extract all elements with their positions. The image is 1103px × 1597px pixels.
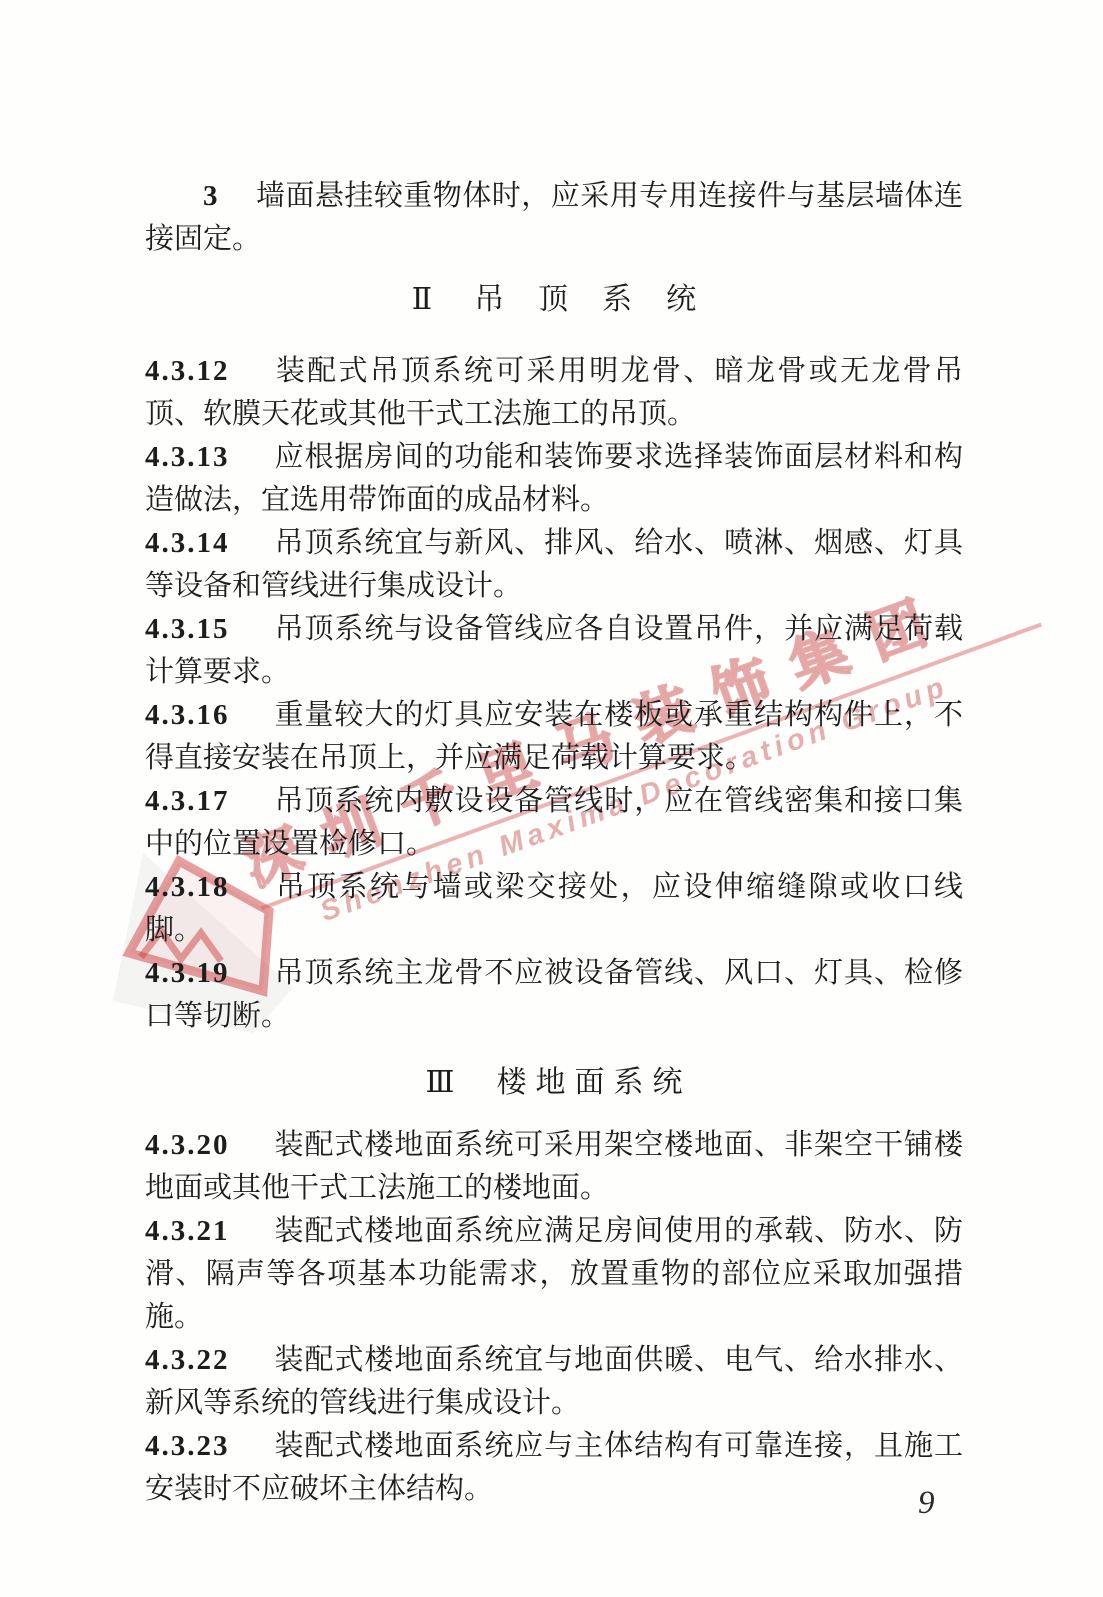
clause-text: 装配式楼地面系统可采用架空楼地面、非架空干铺楼地面或其他干式工法施工的楼地面。 — [145, 1129, 963, 1204]
clause-4-3-20: 4.3.20装配式楼地面系统可采用架空楼地面、非架空干铺楼地面或其他干式工法施工… — [145, 1124, 963, 1210]
clause-4-3-13: 4.3.13应根据房间的功能和装饰要求选择装饰面层材料和构造做法，宜选用带饰面的… — [145, 436, 963, 522]
list-item-number: 3 — [203, 180, 220, 212]
section-title: 楼地面系统 — [496, 1066, 691, 1099]
clause-number: 4.3.12 — [145, 355, 230, 387]
document-page: 深圳千里马装饰集团 Shenzhen Maxima Decoration Gro… — [0, 0, 1103, 1597]
clause-text: 重量较大的灯具应安装在楼板或承重结构构件上，不得直接安装在吊顶上，并应满足荷载计… — [145, 699, 963, 774]
list-item-3: 3墙面悬挂较重物体时，应采用专用连接件与基层墙体连接固定。 — [145, 175, 963, 261]
section-title: 吊顶系统 — [474, 283, 730, 316]
clause-4-3-21: 4.3.21装配式楼地面系统应满足房间使用的承载、防水、防滑、隔声等各项基本功能… — [145, 1210, 963, 1339]
clause-text: 吊顶系统与设备管线应各自设置吊件，并应满足荷载计算要求。 — [145, 613, 963, 688]
clause-text: 装配式楼地面系统宜与地面供暖、电气、给水排水、新风等系统的管线进行集成设计。 — [145, 1344, 963, 1419]
clause-number: 4.3.14 — [145, 527, 230, 559]
clause-text: 吊顶系统主龙骨不应被设备管线、风口、灯具、检修口等切断。 — [145, 957, 963, 1032]
clause-4-3-19: 4.3.19吊顶系统主龙骨不应被设备管线、风口、灯具、检修口等切断。 — [145, 952, 963, 1038]
clause-number: 4.3.16 — [145, 699, 230, 731]
clause-number: 4.3.21 — [145, 1215, 230, 1247]
clause-text: 装配式吊顶系统可采用明龙骨、暗龙骨或无龙骨吊顶、软膜天花或其他干式工法施工的吊顶… — [145, 355, 963, 430]
clause-4-3-18: 4.3.18吊顶系统与墙或梁交接处，应设伸缩缝隙或收口线脚。 — [145, 866, 963, 952]
clause-number: 4.3.19 — [145, 957, 230, 989]
section-heading-floor-system: Ⅲ楼地面系统 — [145, 1061, 963, 1104]
clause-text: 吊顶系统宜与新风、排风、给水、喷淋、烟感、灯具等设备和管线进行集成设计。 — [145, 527, 963, 602]
clause-number: 4.3.23 — [145, 1430, 230, 1462]
clause-number: 4.3.15 — [145, 613, 230, 645]
clause-4-3-16: 4.3.16重量较大的灯具应安装在楼板或承重结构构件上，不得直接安装在吊顶上，并… — [145, 694, 963, 780]
clause-4-3-14: 4.3.14吊顶系统宜与新风、排风、给水、喷淋、烟感、灯具等设备和管线进行集成设… — [145, 522, 963, 608]
clause-text: 应根据房间的功能和装饰要求选择装饰面层材料和构造做法，宜选用带饰面的成品材料。 — [145, 441, 963, 516]
clause-4-3-15: 4.3.15吊顶系统与设备管线应各自设置吊件，并应满足荷载计算要求。 — [145, 608, 963, 694]
clause-text: 装配式楼地面系统应满足房间使用的承载、防水、防滑、隔声等各项基本功能需求，放置重… — [145, 1215, 963, 1333]
document-body: 3墙面悬挂较重物体时，应采用专用连接件与基层墙体连接固定。 Ⅱ吊顶系统 4.3.… — [145, 175, 963, 1511]
section-numeral: Ⅲ — [426, 1066, 457, 1099]
clause-4-3-23: 4.3.23装配式楼地面系统应与主体结构有可靠连接，且施工安装时不应破坏主体结构… — [145, 1425, 963, 1511]
clause-number: 4.3.20 — [145, 1129, 230, 1161]
clause-number: 4.3.18 — [145, 871, 230, 903]
list-item-text: 墙面悬挂较重物体时，应采用专用连接件与基层墙体连接固定。 — [145, 180, 963, 255]
page-number: 9 — [918, 1485, 935, 1522]
section-numeral: Ⅱ — [412, 283, 434, 316]
clause-4-3-12: 4.3.12装配式吊顶系统可采用明龙骨、暗龙骨或无龙骨吊顶、软膜天花或其他干式工… — [145, 350, 963, 436]
clause-text: 吊顶系统内敷设设备管线时，应在管线密集和接口集中的位置设置检修口。 — [145, 785, 963, 860]
clause-number: 4.3.13 — [145, 441, 230, 473]
clause-text: 装配式楼地面系统应与主体结构有可靠连接，且施工安装时不应破坏主体结构。 — [145, 1430, 963, 1505]
clause-number: 4.3.22 — [145, 1344, 230, 1376]
clause-4-3-22: 4.3.22装配式楼地面系统宜与地面供暖、电气、给水排水、新风等系统的管线进行集… — [145, 1339, 963, 1425]
clause-text: 吊顶系统与墙或梁交接处，应设伸缩缝隙或收口线脚。 — [145, 871, 963, 946]
clause-number: 4.3.17 — [145, 785, 230, 817]
clause-4-3-17: 4.3.17吊顶系统内敷设设备管线时，应在管线密集和接口集中的位置设置检修口。 — [145, 780, 963, 866]
section-heading-ceiling-system: Ⅱ吊顶系统 — [145, 278, 963, 321]
